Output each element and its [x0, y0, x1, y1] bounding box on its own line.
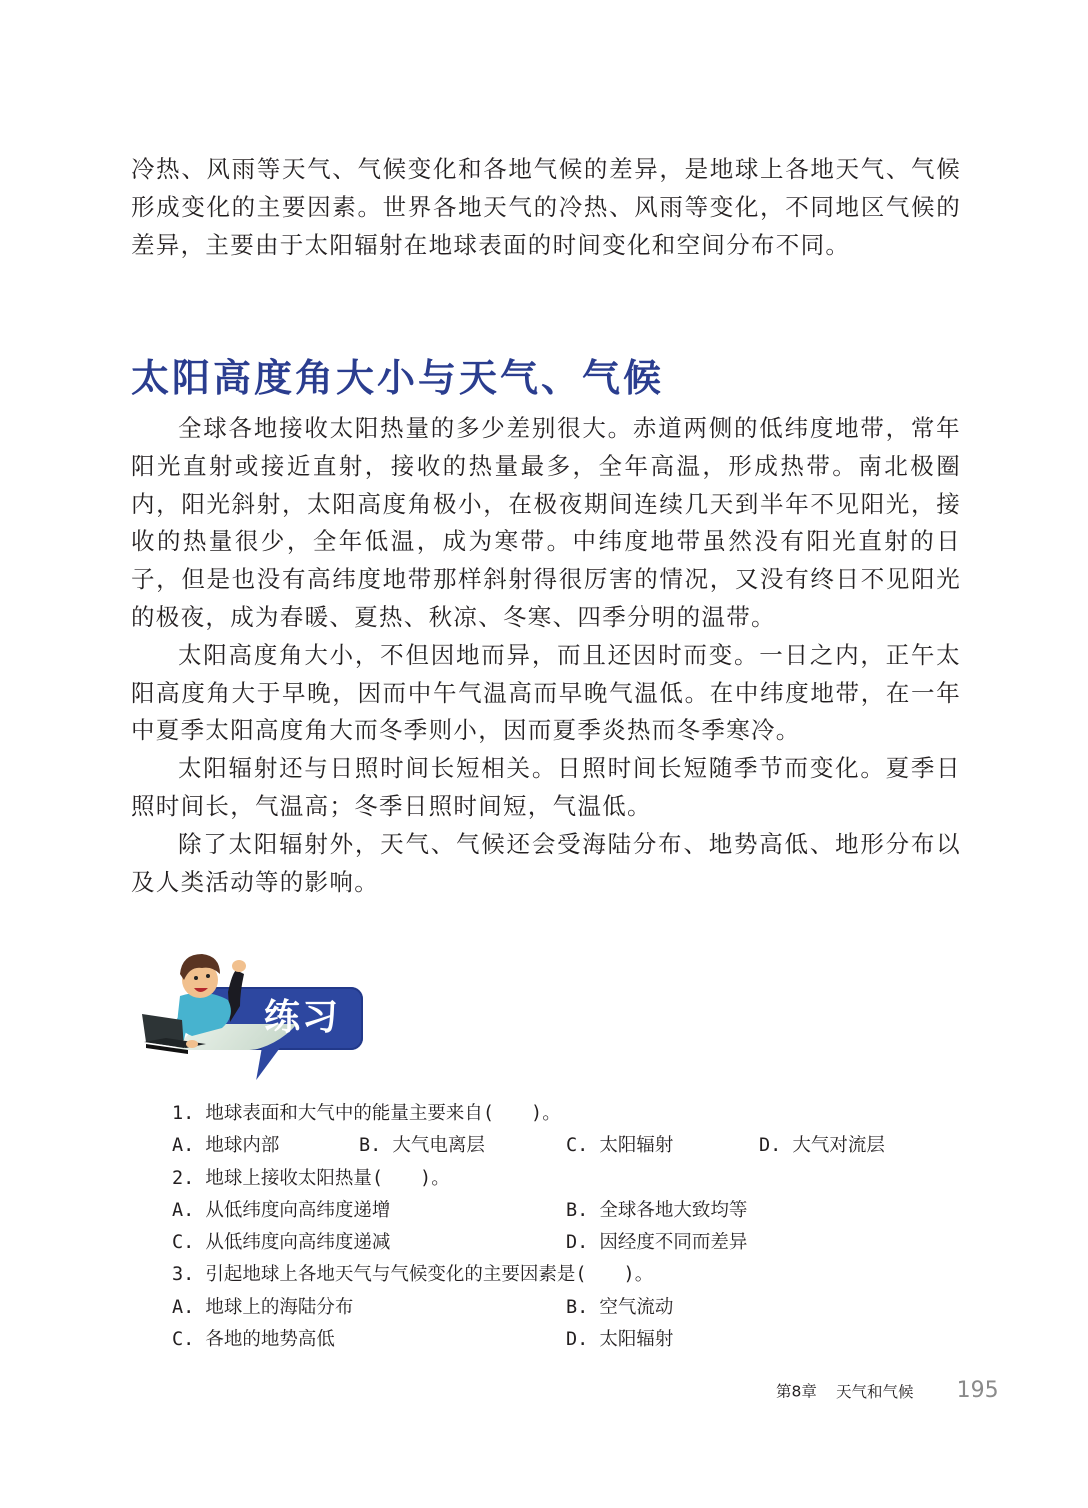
exercise-banner: 练习: [136, 944, 366, 1084]
question-options-row: A. 地球内部 B. 大气电离层 C. 太阳辐射 D. 大气对流层: [172, 1130, 932, 1162]
section-paragraph: 全球各地接收太阳热量的多少差别很大。赤道两侧的低纬度地带，常年阳光直射或接近直射…: [131, 410, 961, 637]
question-options-row: C. 从低纬度向高纬度递减 D. 因经度不同而差异: [172, 1227, 932, 1259]
option-a[interactable]: A. 从低纬度向高纬度递增: [172, 1195, 390, 1227]
option-d[interactable]: D. 太阳辐射: [566, 1324, 673, 1356]
option-c[interactable]: C. 太阳辐射: [566, 1130, 673, 1162]
option-a[interactable]: A. 地球上的海陆分布: [172, 1292, 353, 1324]
option-b[interactable]: B. 大气电离层: [359, 1130, 485, 1162]
question-options-row: C. 各地的地势高低 D. 太阳辐射: [172, 1324, 932, 1356]
intro-paragraph: 冷热、风雨等天气、气候变化和各地气候的差异，是地球上各地天气、气候形成变化的主要…: [131, 151, 961, 264]
option-d[interactable]: D. 因经度不同而差异: [566, 1227, 747, 1259]
footer-chapter: 第8章: [776, 1383, 817, 1401]
section-paragraph: 除了太阳辐射外，天气、气候还会受海陆分布、地势高低、地形分布以及人类活动等的影响…: [131, 826, 961, 902]
exercise-list: 1. 地球表面和大气中的能量主要来自( )。 A. 地球内部 B. 大气电离层 …: [172, 1098, 932, 1356]
option-a[interactable]: A. 地球内部: [172, 1130, 279, 1162]
footer-chapter-title: 天气和气候: [836, 1383, 914, 1401]
question-options-row: A. 地球上的海陆分布 B. 空气流动: [172, 1292, 932, 1324]
option-c[interactable]: C. 各地的地势高低: [172, 1324, 335, 1356]
question-stem: 1. 地球表面和大气中的能量主要来自( )。: [172, 1098, 932, 1130]
option-d[interactable]: D. 大气对流层: [759, 1130, 885, 1162]
section-heading: 太阳高度角大小与天气、气候: [131, 352, 664, 404]
page-number: 195: [957, 1378, 999, 1403]
option-b[interactable]: B. 全球各地大致均等: [566, 1195, 747, 1227]
exercise-banner-label: 练习: [264, 996, 340, 1040]
section-paragraph: 太阳高度角大小，不但因地而异，而且还因时而变。一日之内，正午太阳高度角大于早晚，…: [131, 637, 961, 750]
option-c[interactable]: C. 从低纬度向高纬度递减: [172, 1227, 390, 1259]
boy-with-laptop-icon: [136, 944, 266, 1064]
intro-text: 冷热、风雨等天气、气候变化和各地气候的差异，是地球上各地天气、气候形成变化的主要…: [131, 151, 961, 264]
option-b[interactable]: B. 空气流动: [566, 1292, 673, 1324]
page-footer: 第8章 天气和气候 195: [776, 1378, 999, 1408]
question-stem: 2. 地球上接收太阳热量( )。: [172, 1163, 932, 1195]
question-options-row: A. 从低纬度向高纬度递增 B. 全球各地大致均等: [172, 1195, 932, 1227]
question-stem: 3. 引起地球上各地天气与气候变化的主要因素是( )。: [172, 1259, 932, 1291]
section-body: 全球各地接收太阳热量的多少差别很大。赤道两侧的低纬度地带，常年阳光直射或接近直射…: [131, 410, 961, 901]
textbook-page: 冷热、风雨等天气、气候变化和各地气候的差异，是地球上各地天气、气候形成变化的主要…: [0, 0, 1088, 1508]
section-paragraph: 太阳辐射还与日照时间长短相关。日照时间长短随季节而变化。夏季日照时间长，气温高；…: [131, 750, 961, 826]
